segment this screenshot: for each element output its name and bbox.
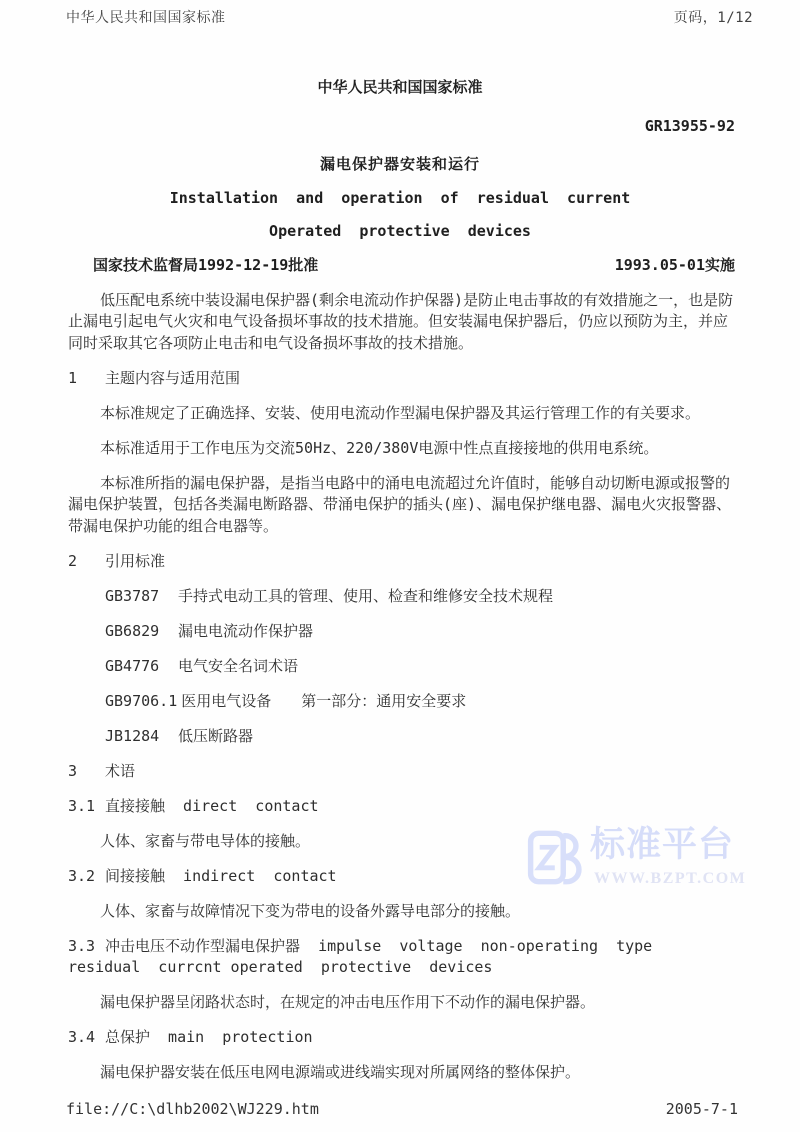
reference-name: 漏电电流动作保护器 — [178, 622, 313, 640]
reference-code: GB3787 — [105, 586, 174, 608]
term-text: 冲击电压不动作型漏电保护器 impulse voltage non-operat… — [68, 937, 670, 977]
reference-code: GB6829 — [105, 621, 174, 643]
term-definition: 漏电保护器呈闭路状态时，在规定的冲击电压作用下不动作的漏电保护器。 — [68, 992, 735, 1014]
reference-item: JB1284低压断路器 — [68, 726, 735, 748]
term-definition: 人体、家畜与带电导体的接触。 — [68, 831, 735, 853]
reference-item: GB4776电气安全名词术语 — [68, 656, 735, 678]
reference-code: GB9706.1 — [105, 691, 177, 713]
section-2-title: 引用标准 — [105, 552, 165, 570]
term-text: 间接接触 indirect contact — [105, 867, 337, 885]
term-heading: 3.1直接接触 direct contact — [68, 796, 735, 818]
reference-item: GB9706.1医用电气设备 第一部分：通用安全要求 — [68, 691, 735, 713]
section-3-number: 3 — [68, 761, 105, 783]
reference-item: GB6829漏电电流动作保护器 — [68, 621, 735, 643]
title-block: 中华人民共和国国家标准 GR13955-92 漏电保护器安装和运行 Instal… — [0, 77, 800, 276]
reference-code: GB4776 — [105, 656, 174, 678]
term-heading: 3.4总保护 main protection — [68, 1027, 735, 1049]
section-1-number: 1 — [68, 368, 105, 390]
term-text: 直接接触 direct contact — [105, 797, 319, 815]
section-1-heading: 1主题内容与适用范围 — [68, 368, 735, 390]
section-3-title: 术语 — [105, 762, 135, 780]
page-header: 中华人民共和国国家标准 页码，1/12 — [0, 0, 800, 27]
reference-code: JB1284 — [105, 726, 174, 748]
reference-item: GB3787手持式电动工具的管理、使用、检查和维修安全技术规程 — [68, 586, 735, 608]
footer-date: 2005-7-1 — [666, 1100, 738, 1118]
page-footer: file://C:\dlhb2002\WJ229.htm 2005-7-1 — [0, 1100, 800, 1118]
term-number: 3.3 — [68, 936, 105, 958]
implementation-date: 1993.05-01实施 — [615, 255, 735, 276]
document-title-cn: 漏电保护器安装和运行 — [0, 154, 800, 175]
document-page: 中华人民共和国国家标准 页码，1/12 中华人民共和国国家标准 GR13955-… — [0, 0, 800, 1132]
term-number: 3.4 — [68, 1027, 105, 1049]
reference-name: 低压断路器 — [178, 727, 253, 745]
document-title-en-line2: Operated protective devices — [0, 221, 800, 242]
section-3-heading: 3术语 — [68, 761, 735, 783]
reference-name: 电气安全名词术语 — [178, 657, 298, 675]
reference-name: 医用电气设备 第一部分：通用安全要求 — [181, 692, 466, 710]
standard-number: GR13955-92 — [0, 116, 800, 137]
term-number: 3.2 — [68, 866, 105, 888]
term-definition: 漏电保护器安装在低压电网电源端或进线端实现对所属网络的整体保护。 — [68, 1062, 735, 1084]
header-standard-label: 中华人民共和国国家标准 — [66, 7, 226, 27]
term-number: 3.1 — [68, 796, 105, 818]
reference-name: 手持式电动工具的管理、使用、检查和维修安全技术规程 — [178, 587, 553, 605]
document-title-en-line1: Installation and operation of residual c… — [0, 188, 800, 209]
section-1-paragraph-2: 本标准适用于工作电压为交流50Hz、220/380V电源中性点直接接地的供用电系… — [68, 438, 735, 460]
header-page-number: 页码，1/12 — [674, 7, 753, 27]
section-1-paragraph-1: 本标准规定了正确选择、安装、使用电流动作型漏电保护器及其运行管理工作的有关要求。 — [68, 403, 735, 425]
approval-row: 国家技术监督局1992-12-19批准 1993.05-01实施 — [0, 255, 800, 276]
term-text: 总保护 main protection — [105, 1028, 313, 1046]
footer-file-path: file://C:\dlhb2002\WJ229.htm — [66, 1100, 319, 1118]
foreword-paragraph: 低压配电系统中装设漏电保护器(剩余电流动作护保器)是防止电击事故的有效措施之一，… — [68, 290, 735, 355]
term-definition: 人体、家畜与故障情况下变为带电的设备外露导电部分的接触。 — [68, 901, 735, 923]
term-heading: 3.3冲击电压不动作型漏电保护器 impulse voltage non-ope… — [68, 936, 735, 979]
section-1-title: 主题内容与适用范围 — [105, 369, 240, 387]
standard-name: 中华人民共和国国家标准 — [0, 77, 800, 98]
section-1-paragraph-3: 本标准所指的漏电保护器，是指当电路中的涌电电流超过允许值时，能够自动切断电源或报… — [68, 473, 735, 538]
approval-authority: 国家技术监督局1992-12-19批准 — [93, 255, 318, 276]
section-2-number: 2 — [68, 551, 105, 573]
section-2-heading: 2引用标准 — [68, 551, 735, 573]
term-heading: 3.2间接接触 indirect contact — [68, 866, 735, 888]
document-body: 低压配电系统中装设漏电保护器(剩余电流动作护保器)是防止电击事故的有效措施之一，… — [68, 290, 735, 1084]
